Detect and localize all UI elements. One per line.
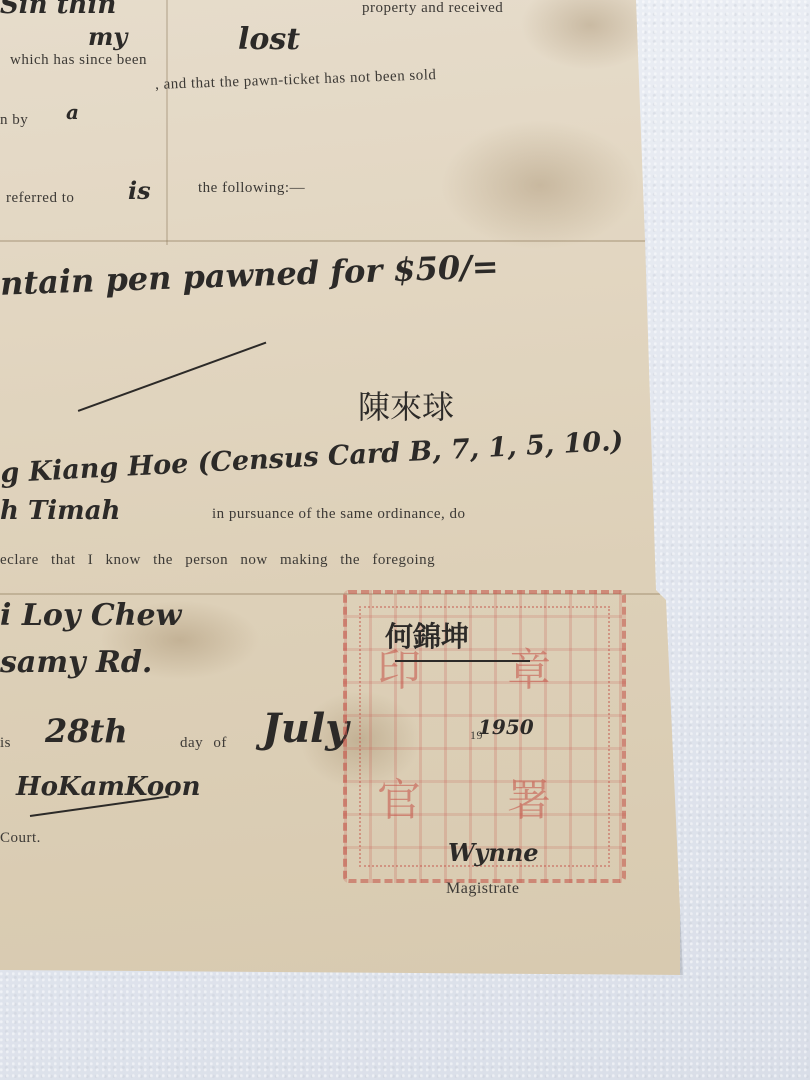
handwritten-my: my — [88, 22, 127, 51]
printed-text: which has since been — [10, 52, 147, 69]
printed-text: n by — [0, 112, 28, 129]
chinese-signature-underline — [395, 660, 530, 662]
fold-line — [0, 240, 645, 242]
printed-text: property and received — [362, 0, 503, 17]
seal-glyph: 官 — [377, 764, 421, 828]
handwritten-day: 28th — [45, 712, 128, 750]
document-paper: property and received which has since be… — [0, 0, 680, 978]
handwritten-lost: lost — [238, 22, 300, 57]
seal-glyph: 署 — [507, 764, 551, 828]
printed-text: Court. — [0, 830, 41, 847]
handwritten-is: is — [128, 176, 151, 205]
magistrate-signature: Wynne — [448, 838, 539, 867]
printed-text: the following:— — [198, 180, 305, 197]
strike-line — [78, 342, 266, 412]
printed-text: referred to — [6, 190, 74, 207]
chinese-name: 陳來球 — [358, 382, 454, 428]
magistrate-label: Magistrate — [446, 880, 519, 898]
chinese-signature: 何錦坤 — [385, 615, 469, 655]
fold-line — [166, 0, 168, 245]
handwritten-name-fragment: Sin thin — [0, 0, 116, 20]
handwritten-item-description: ntain pen pawned for $50/= — [0, 247, 499, 302]
handwritten-month: July — [262, 705, 348, 752]
printed-text: in pursuance of the same ordinance, do — [212, 506, 466, 523]
handwritten-year: 1950 — [478, 715, 534, 739]
stain — [440, 120, 640, 250]
witness-signature: HoKamKoon — [16, 772, 200, 802]
seal-glyph: 章 — [507, 634, 551, 698]
printed-text: eclare that I know the person now making… — [0, 552, 435, 569]
handwritten-name-census: g Kiang Hoe (Census Card B, 7, 1, 5, 10.… — [0, 426, 624, 490]
handwritten-place: h Timah — [0, 496, 120, 526]
handwritten-declarant: i Loy Chew — [0, 598, 181, 633]
handwritten-by-mark: a — [66, 100, 79, 124]
printed-text: , and that the pawn-ticket has not been … — [155, 67, 437, 94]
printed-text: day of — [180, 735, 227, 752]
printed-text: is — [0, 735, 11, 752]
handwritten-address: samy Rd. — [0, 645, 152, 680]
